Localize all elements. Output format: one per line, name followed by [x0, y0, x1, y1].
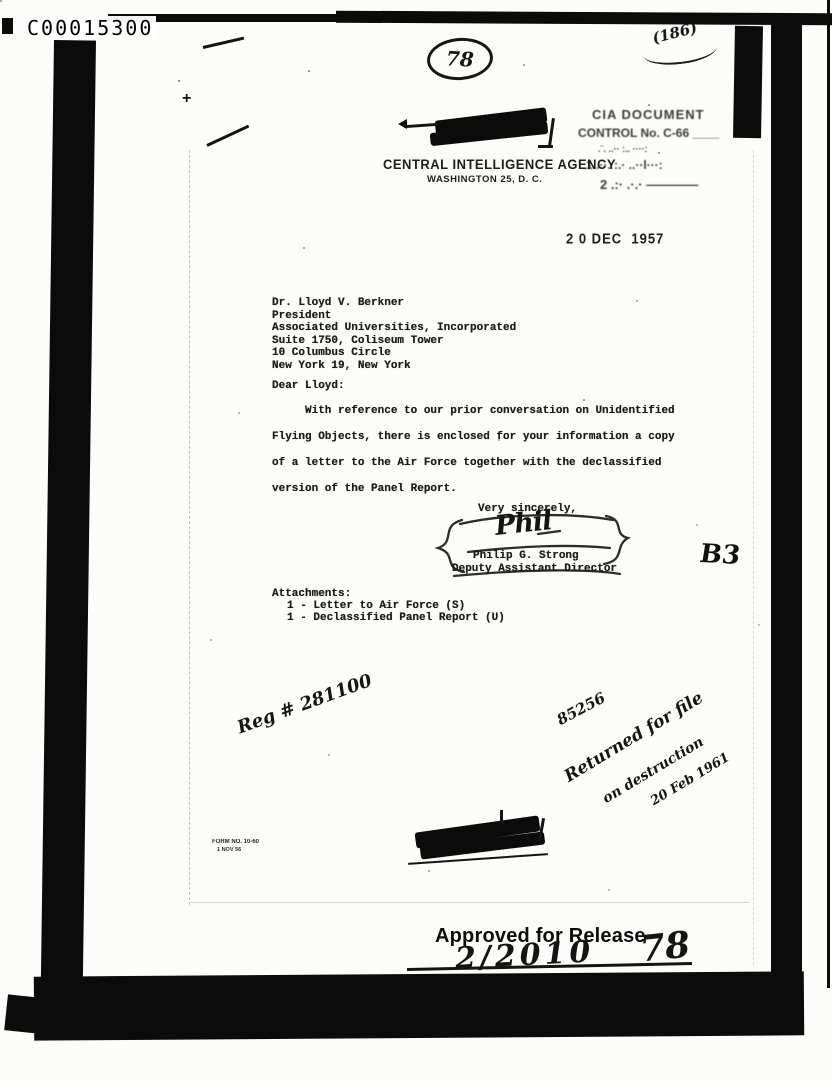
scan-streak-right-top — [733, 26, 763, 138]
attachment-item-2: 1 - Declassified Panel Report (U) — [287, 612, 505, 624]
body-line-3: of a letter to the Air Force together wi… — [272, 457, 661, 469]
pen-slash-1 — [203, 37, 245, 49]
scan-border-top-2 — [336, 11, 832, 26]
recipient-name: Dr. Lloyd V. Berkner — [272, 297, 404, 309]
attachment-item-1: 1 - Letter to Air Force (S) — [287, 600, 465, 612]
signer-title: Deputy Assistant Director — [452, 563, 617, 575]
redaction-bracket-v — [548, 118, 554, 146]
signer-name: Philip G. Strong — [473, 550, 579, 562]
scan-border-left — [41, 40, 96, 985]
page-edge-right — [753, 150, 754, 965]
control-stamp-number: CONTROL No. C-66 ____ — [578, 126, 719, 140]
recipient-suite: Suite 1750, Coliseum Tower — [272, 335, 444, 347]
document-id: C00015300 — [24, 16, 156, 40]
recipient-title: President — [272, 310, 331, 322]
recipient-city: New York 19, New York — [272, 360, 411, 372]
salutation: Dear Lloyd: — [272, 380, 345, 392]
reg-number-note: Reg # 281100 — [234, 670, 374, 738]
control-stamp-title: CIA DOCUMENT — [592, 107, 705, 122]
number-note: 85256 — [554, 689, 609, 729]
redaction-arrow-line — [404, 123, 438, 128]
recipient-org: Associated Universities, Incorporated — [272, 322, 516, 334]
redaction-bracket-h — [538, 145, 553, 148]
control-stamp-faded-line: .¨. ..·· :.. ····: — [598, 144, 647, 154]
margin-note-b3: B3 — [698, 539, 743, 571]
scan-corner-square — [2, 18, 13, 34]
body-line-4: version of the Panel Report. — [272, 483, 457, 495]
redaction-tick-v — [500, 810, 503, 824]
body-line-1: With reference to our prior conversation… — [305, 405, 675, 417]
pen-cross-mark: + — [182, 90, 191, 108]
recipient-street: 10 Columbus Circle — [272, 347, 391, 359]
agency-name: CENTRAL INTELLIGENCE AGENCY — [383, 157, 616, 173]
scan-noise-specks — [0, 0, 2, 2]
scan-edge-line-right — [827, 0, 830, 988]
page-edge-bottom — [190, 902, 750, 903]
form-stamp-line-1: FORM NO. 10-60 — [212, 839, 259, 845]
attachments-label: Attachments: — [272, 588, 351, 600]
agency-city: WASHINGTON 25, D. C. — [427, 174, 542, 185]
page-edge-left — [189, 150, 190, 905]
scan-border-right — [771, 24, 802, 976]
circled-page-number: 78 — [426, 36, 495, 83]
circled-page-number-text: 78 — [445, 46, 474, 71]
date-stamp: 2 0 DEC 1957 — [566, 230, 664, 247]
redaction-arrowhead-icon — [398, 119, 407, 129]
pen-slash-2 — [206, 125, 249, 147]
body-line-2: Flying Objects, there is enclosed for yo… — [272, 431, 675, 443]
autograph: Phil — [494, 505, 553, 542]
scan-border-bottom — [34, 971, 804, 1040]
release-date-handwritten: 2/2010 — [454, 934, 595, 976]
form-stamp-line-2: 1 NOV 56 — [217, 847, 241, 853]
scan-border-bottom-left-fragment — [4, 994, 42, 1033]
scanned-document-page: C00015300 78 (186) + CIA DOCUMENT CONTRO… — [0, 0, 832, 1080]
bottom-page-number: 78 — [638, 923, 692, 970]
control-stamp-routing-2: 2 .:· .·.· ———— — [600, 177, 698, 192]
